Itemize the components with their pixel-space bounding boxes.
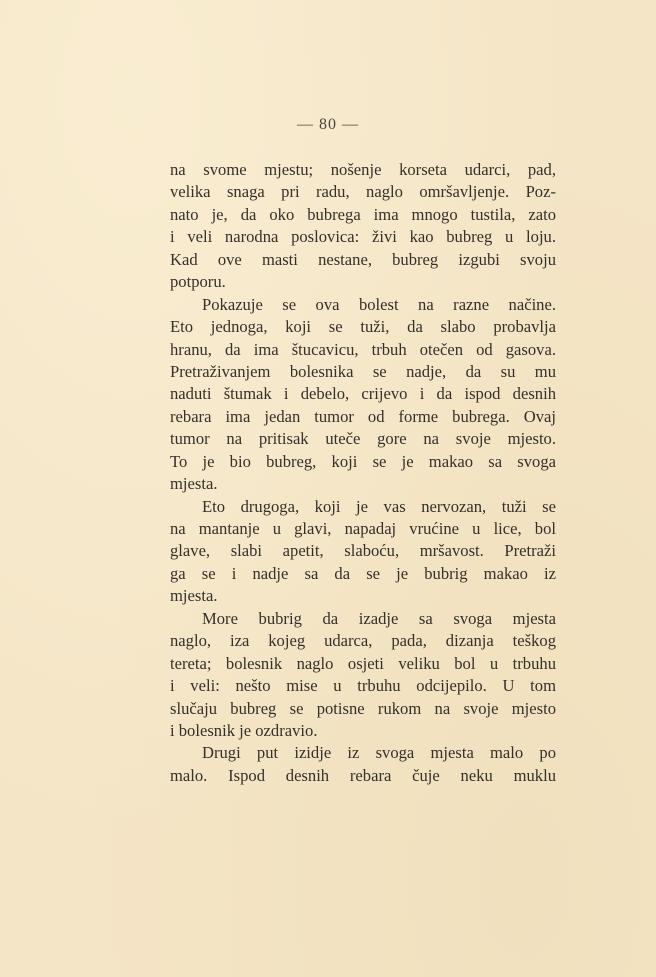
text-line-13: tumor na pritisak uteče gore na svoje mj… — [170, 428, 556, 450]
text-line-18: glave, slabi apetit, slaboću, mršavost. … — [170, 540, 556, 562]
text-line-14: To je bio bubreg, koji se je makao sa sv… — [170, 451, 556, 473]
text-line-28: malo. Ispod desnih rebara čuje neku mukl… — [170, 765, 556, 787]
text-line-16: Eto drugoga, koji je vas nervozan, tuži … — [170, 496, 556, 518]
text-line-21: More bubrig da izadje sa svoga mjesta — [170, 608, 556, 630]
text-line-7: Pokazuje se ova bolest na razne načine. — [170, 294, 556, 316]
text-line-6: potporu. — [170, 271, 556, 293]
text-line-20: mjesta. — [170, 585, 556, 607]
text-line-26: i bolesnik je ozdravio. — [170, 720, 556, 742]
text-line-24: i veli: nešto mise u trbuhu odcijepilo. … — [170, 675, 556, 697]
text-line-1: na svome mjestu; nošenje korseta udarci,… — [170, 159, 556, 181]
text-line-25: slučaju bubreg se potisne rukom na svoje… — [170, 698, 556, 720]
text-line-17: na mantanje u glavi, napadaj vrućine u l… — [170, 518, 556, 540]
text-line-2: velika snaga pri radu, naglo omršavljenj… — [170, 181, 556, 203]
text-line-12: rebara ima jedan tumor od forme bubrega.… — [170, 406, 556, 428]
text-line-19: ga se i nadje sa da se je bubrig makao i… — [170, 563, 556, 585]
text-line-23: tereta; bolesnik naglo osjeti veliku bol… — [170, 653, 556, 675]
text-line-5: Kad ove masti nestane, bubreg izgubi svo… — [170, 249, 556, 271]
body-text: na svome mjestu; nošenje korseta udarci,… — [170, 159, 556, 787]
text-line-27: Drugi put izidje iz svoga mjesta malo po — [170, 742, 556, 764]
text-line-4: i veli narodna poslovica: živi kao bubre… — [170, 226, 556, 248]
text-line-15: mjesta. — [170, 473, 556, 495]
text-line-3: nato je, da oko bubrega ima mnogo tustil… — [170, 204, 556, 226]
text-line-22: naglo, iza kojeg udarca, pada, dizanja t… — [170, 630, 556, 652]
page-number: — 80 — — [0, 116, 656, 134]
text-line-11: naduti štumak i debelo, crijevo i da isp… — [170, 383, 556, 405]
text-line-10: Pretraživanjem bolesnika se nadje, da su… — [170, 361, 556, 383]
text-line-8: Eto jednoga, koji se tuži, da slabo prob… — [170, 316, 556, 338]
text-line-9: hranu, da ima štucavicu, trbuh otečen od… — [170, 339, 556, 361]
